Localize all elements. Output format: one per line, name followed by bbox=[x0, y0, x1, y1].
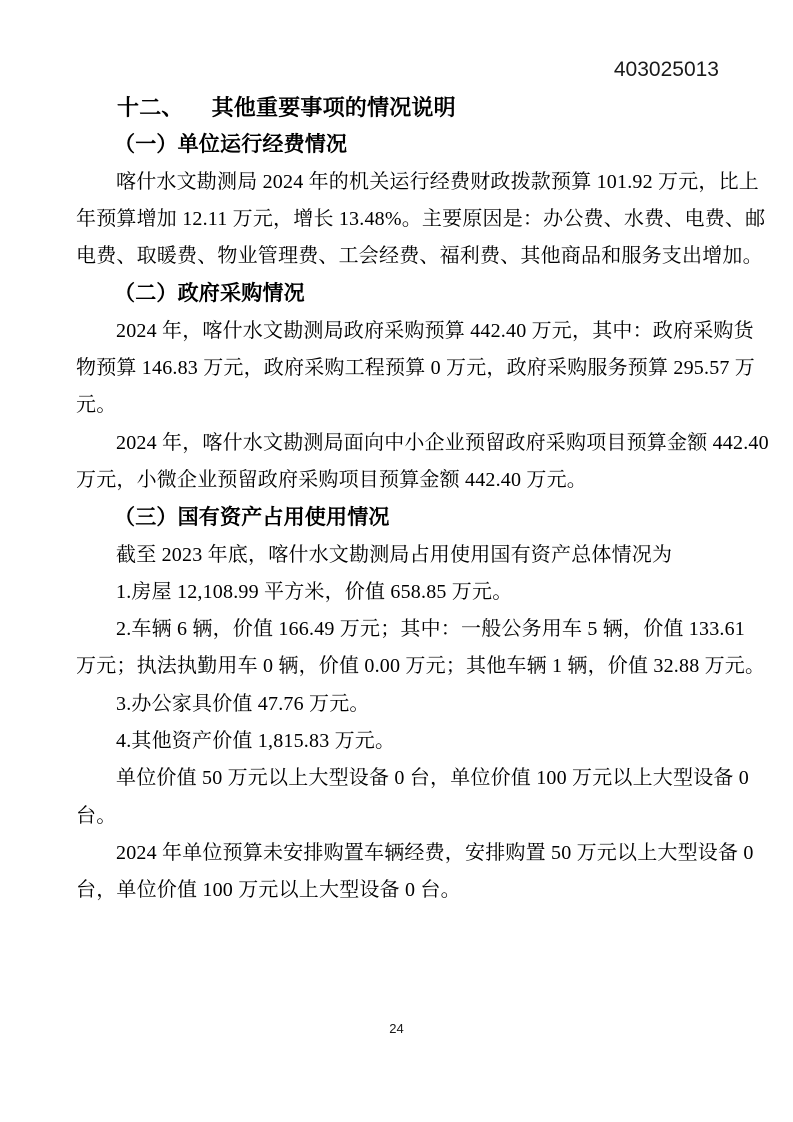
paragraph-line: 4.其他资产价值 1,815.83 万元。 bbox=[76, 723, 717, 760]
heading-section-1: （一）单位运行经费情况 bbox=[76, 126, 717, 163]
paragraph-line: 3.办公家具价值 47.76 万元。 bbox=[76, 686, 717, 723]
paragraph-line: 万元，小微企业预留政府采购项目预算金额 442.40 万元。 bbox=[76, 462, 717, 499]
paragraph-line: 2.车辆 6 辆，价值 166.49 万元；其中：一般公务用车 5 辆，价值 1… bbox=[76, 611, 717, 648]
section-title: 十二、其他重要事项的情况说明 bbox=[76, 89, 717, 126]
paragraph-line: 截至 2023 年底，喀什水文勘测局占用使用国有资产总体情况为 bbox=[76, 537, 717, 574]
paragraph-line: 电费、取暖费、物业管理费、工会经费、福利费、其他商品和服务支出增加。 bbox=[76, 238, 717, 275]
paragraph-line: 2024 年，喀什水文勘测局面向中小企业预留政府采购项目预算金额 442.40 bbox=[76, 425, 717, 462]
title-number: 十二、 bbox=[117, 95, 184, 120]
paragraph-line: 单位价值 50 万元以上大型设备 0 台，单位价值 100 万元以上大型设备 0 bbox=[76, 760, 717, 797]
paragraph-line: 台，单位价值 100 万元以上大型设备 0 台。 bbox=[76, 872, 717, 909]
paragraph-line: 1.房屋 12,108.99 平方米，价值 658.85 万元。 bbox=[76, 574, 717, 611]
paragraph-line: 万元；执法执勤用车 0 辆，价值 0.00 万元；其他车辆 1 辆，价值 32.… bbox=[76, 648, 717, 685]
page-number: 24 bbox=[0, 1020, 793, 1038]
paragraph-line: 台。 bbox=[76, 798, 717, 835]
paragraph-line: 元。 bbox=[76, 387, 717, 424]
paragraph-line: 年预算增加 12.11 万元，增长 13.48%。主要原因是：办公费、水费、电费… bbox=[76, 201, 717, 238]
document-body: 十二、其他重要事项的情况说明 （一）单位运行经费情况 喀什水文勘测局 2024 … bbox=[76, 89, 717, 910]
document-page: 403025013 十二、其他重要事项的情况说明 （一）单位运行经费情况 喀什水… bbox=[0, 0, 793, 1122]
paragraph-line: 物预算 146.83 万元，政府采购工程预算 0 万元，政府采购服务预算 295… bbox=[76, 350, 717, 387]
paragraph-line: 2024 年，喀什水文勘测局政府采购预算 442.40 万元，其中：政府采购货 bbox=[76, 313, 717, 350]
heading-section-3: （三）国有资产占用使用情况 bbox=[76, 499, 717, 536]
document-number: 403025013 bbox=[614, 57, 719, 83]
paragraph-line: 喀什水文勘测局 2024 年的机关运行经费财政拨款预算 101.92 万元，比上 bbox=[76, 164, 717, 201]
heading-section-2: （二）政府采购情况 bbox=[76, 275, 717, 312]
title-text: 其他重要事项的情况说明 bbox=[212, 95, 456, 120]
paragraph-line: 2024 年单位预算未安排购置车辆经费，安排购置 50 万元以上大型设备 0 bbox=[76, 835, 717, 872]
